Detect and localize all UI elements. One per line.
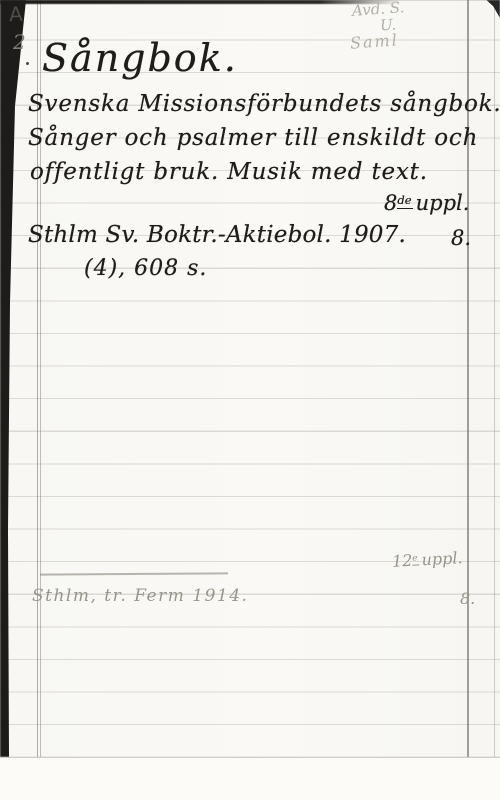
pencil-edition: 12euppl.: [392, 548, 463, 571]
entry-subtitle-line2: Sånger och psalmer till enskildt och: [28, 125, 478, 151]
pencil-separator-line: [40, 572, 228, 575]
edition-ordinal: de: [397, 193, 412, 209]
pencil-edition-number: 12: [392, 551, 413, 571]
entry-title: Sångbok.: [42, 36, 238, 80]
edition-word: uppl.: [416, 191, 470, 215]
entry-collation: (4), 608 s.: [84, 256, 207, 281]
pencil-edition-word: uppl.: [421, 548, 463, 569]
entry-format: 8.: [451, 226, 471, 250]
scan-corner-shadow: [483, 0, 500, 18]
margin-entry-number: 2: [13, 30, 26, 54]
corner-note-line1: Avd. S.: [351, 0, 404, 20]
entry-subtitle-line1: Svenska Missionsförbundets sångbok.: [28, 91, 500, 117]
scan-gutter-shadow: [0, 0, 30, 757]
pencil-edition-ordinal: e: [412, 554, 419, 566]
entry-subtitle-line3: offentligt bruk. Musik med text.: [30, 159, 428, 185]
pencil-imprint: Sthlm, tr. Ferm 1914.: [32, 586, 248, 606]
entry-edition: 8deuppl.: [384, 191, 469, 215]
margin-dot: [26, 62, 29, 65]
scan-bottom-strip: [0, 758, 500, 800]
edition-number: 8: [384, 191, 397, 215]
scan-top-edge: [0, 0, 400, 4]
corner-note-line3: Saml: [349, 30, 399, 52]
entry-imprint: Sthlm Sv. Boktr.-Aktiebol. 1907.: [28, 222, 406, 248]
ruled-paper: A 2 Avd. S. U. Saml Sångbok. Svenska Mis…: [0, 0, 500, 758]
scanned-catalog-page: A 2 Avd. S. U. Saml Sångbok. Svenska Mis…: [0, 0, 500, 800]
margin-class-letter: A: [9, 2, 24, 26]
pencil-format: 8.: [460, 589, 475, 608]
